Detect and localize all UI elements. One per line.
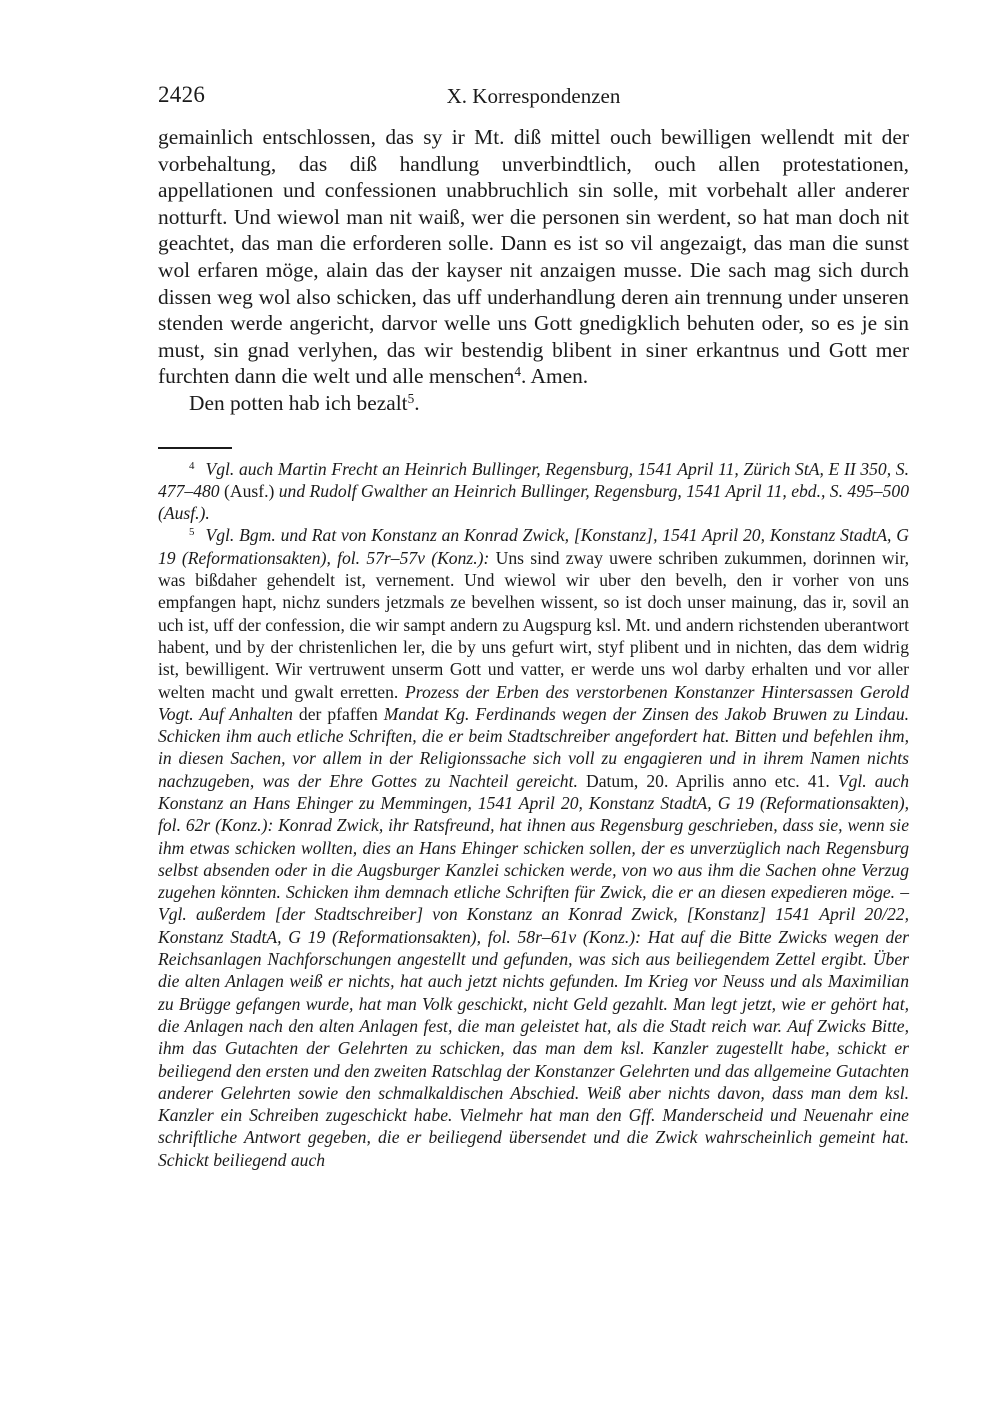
letter-body: gemainlich entschlossen, das sy ir Mt. d… [158,124,909,417]
footnote-4-text: Vgl. auch Martin Frecht an Heinrich Bull… [158,459,909,524]
running-title: X. Korrespondenzen [158,84,909,109]
footnote-4-marker: 4 [189,460,194,472]
footnote-5: 5Vgl. Bgm. und Rat von Konstanz an Konra… [158,524,909,1171]
page-header: 2426 X. Korrespondenzen [158,82,909,110]
footnote-4: 4Vgl. auch Martin Frecht an Heinrich Bul… [158,458,909,525]
footnote-separator-rule [158,447,232,449]
body-paragraph-1: gemainlich entschlossen, das sy ir Mt. d… [158,124,909,390]
footnote-5-marker: 5 [189,526,194,538]
footnotes-section: 4Vgl. auch Martin Frecht an Heinrich Bul… [158,447,909,1172]
body-paragraph-2: Den potten hab ich bezalt5. [158,390,909,417]
book-page: { "header": { "page_number": "2426", "ru… [0,0,1004,1418]
text-block: 2426 X. Korrespondenzen gemainlich entsc… [158,82,909,1171]
footnote-5-text: Vgl. Bgm. und Rat von Konstanz an Konrad… [158,525,909,1169]
